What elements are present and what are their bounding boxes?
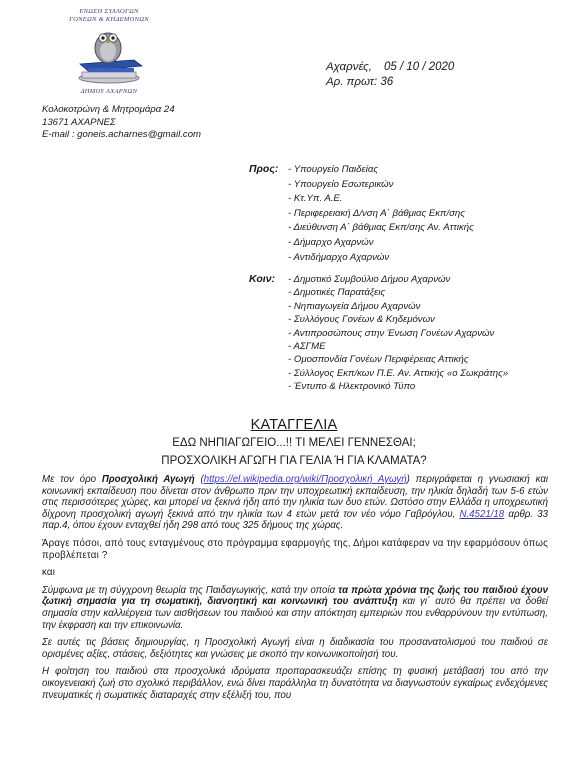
document-subtitle-2: ΠΡΟΣΧΟΛΙΚΗ ΑΓΩΓΗ ΓΙΑ ΓΕΛΙΑ Ή ΓΙΑ ΚΛΑΜΑΤΑ… [0, 452, 588, 470]
to-item: Δήμαρχο Αχαρνών [288, 236, 474, 251]
cc-item: Δημοτικές Παρατάξεις [288, 286, 508, 299]
cc-item: Συλλόγους Γονέων & Κηδεμόνων [288, 313, 508, 326]
to-item: Αντιδήμαρχο Αχαρνών [288, 251, 474, 266]
to-item: Υπουργείο Εσωτερικών [288, 178, 474, 193]
logo-bottom-line: ΔΗΜΟΥ ΑΧΑΡΝΩΝ [54, 88, 164, 95]
document-subtitle-1: ΕΔΩ ΝΗΠΙΑΓΩΓΕΙΟ...!! ΤΙ ΜΕΛΕΙ ΓΕΝΝΕΣΘΑΙ; [0, 434, 588, 452]
cc-item: Δημοτικό Συμβούλιο Δήμου Αχαρνών [288, 273, 508, 286]
protocol-number: Αρ. πρωτ: 36 [326, 75, 454, 90]
sender-address-block: Κολοκοτρώνη & Μητρομάρα 24 13671 ΑΧΑΡΝΕΣ… [42, 104, 201, 142]
to-list: Υπουργείο Παιδείας Υπουργείο Εσωτερικών … [249, 163, 474, 265]
cc-item: Νηπιαγωγεία Δήμου Αχαρνών [288, 300, 508, 313]
document-titles: ΚΑΤΑΓΓΕΛΙΑ ΕΔΩ ΝΗΠΙΑΓΩΓΕΙΟ...!! ΤΙ ΜΕΛΕΙ… [0, 416, 588, 470]
association-logo: ΕΝΩΣΗ ΣΥΛΛΟΓΩΝ ΓΟΝΕΩΝ & ΚΗΔΕΜΟΝΩΝ ΔΗΜΟΥ … [54, 6, 164, 94]
to-item: Διεύθυνση Α΄ βάθμιας Εκπ/σης Αν. Αττικής [288, 221, 474, 236]
cc-label: Κοιν: [249, 273, 275, 285]
to-item: Κτ.Υπ. Α.Ε. [288, 192, 474, 207]
wikipedia-link[interactable]: https://el.wikipedia.org/wiki/Προσχολική… [204, 474, 407, 485]
paragraph-5: Σε αυτές τις βάσεις δημιουργίας, η Προσχ… [42, 637, 548, 660]
cc-item: Έντυπο & Ηλεκτρονικό Τύπο [288, 380, 508, 393]
sender-email: E-mail : goneis.acharnes@gmail.com [42, 129, 201, 142]
paragraph-2: Άραγε πόσοι, από τους ενταγμένους στο πρ… [42, 538, 548, 561]
cc-item: ΑΣΓΜΕ [288, 340, 508, 353]
cc-item: Αντιπροσώπους στην Ένωση Γονέων Αχαρνών [288, 327, 508, 340]
cc-list: Δημοτικό Συμβούλιο Δήμου Αχαρνών Δημοτικ… [249, 273, 508, 394]
to-item: Υπουργείο Παιδείας [288, 163, 474, 178]
cc-item: Ομοσπονδία Γονέων Περιφέρειας Αττικής [288, 353, 508, 366]
term-preschool-education: Προσχολική Αγωγή [102, 474, 195, 485]
paragraph-4: Σύμφωνα με τη σύγχρονη θεωρία της Παιδαγ… [42, 585, 548, 631]
law-link[interactable]: Ν.4521/18 [459, 509, 504, 520]
date: 05 / 10 / 2020 [384, 61, 454, 73]
paragraph-1: Με τον όρο Προσχολική Αγωγή (https://el.… [42, 474, 548, 532]
to-label: Προς: [249, 163, 278, 175]
logo-top-line-1: ΕΝΩΣΗ ΣΥΛΛΟΓΩΝ [54, 8, 164, 15]
date-protocol-block: Αχαρνές,05 / 10 / 2020 Αρ. πρωτ: 36 [326, 60, 454, 90]
document-title: ΚΑΤΑΓΓΕΛΙΑ [0, 416, 588, 434]
to-item: Περιφερειακή Δ/νση Α΄ βάθμιας Εκπ/σης [288, 207, 474, 222]
owl-on-books-icon [72, 24, 146, 86]
sender-street: Κολοκοτρώνη & Μητρομάρα 24 [42, 104, 201, 117]
document-body: Με τον όρο Προσχολική Αγωγή (https://el.… [42, 474, 548, 707]
logo-top-line-2: ΓΟΝΕΩΝ & ΚΗΔΕΜΟΝΩΝ [54, 16, 164, 23]
recipients-cc: Κοιν: Δημοτικό Συμβούλιο Δήμου Αχαρνών Δ… [249, 273, 508, 394]
recipients-to: Προς: Υπουργείο Παιδείας Υπουργείο Εσωτε… [249, 163, 474, 265]
cc-item: Σύλλογος Εκπ/κων Π.Ε. Αν. Αττικής «ο Σωκ… [288, 367, 508, 380]
paragraph-6: Η φοίτηση του παιδιού στα προσχολικά ιδρ… [42, 666, 548, 701]
paragraph-3: και [42, 567, 548, 579]
sender-postal: 13671 ΑΧΑΡΝΕΣ [42, 117, 201, 130]
place: Αχαρνές, [326, 61, 372, 73]
